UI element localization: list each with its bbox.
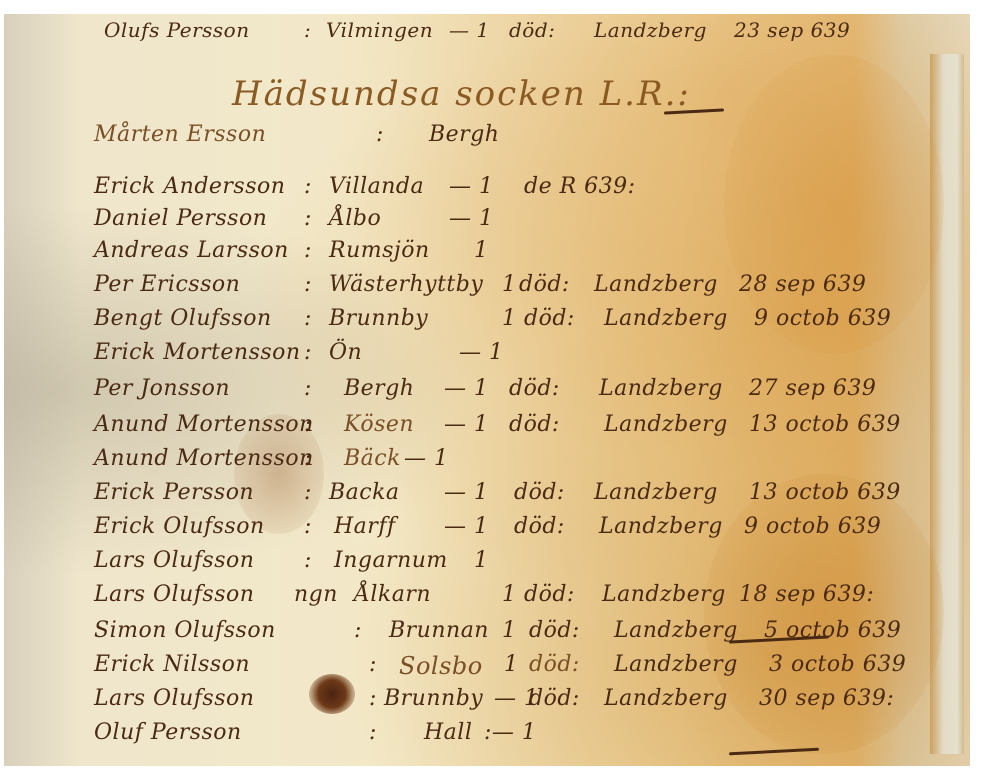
entry-burial: Landzberg	[604, 306, 728, 331]
entry-count: 1	[502, 582, 517, 607]
entry-separator: :	[304, 272, 312, 297]
entry-burial: Landzberg	[604, 686, 728, 711]
entry-status: död:	[529, 686, 580, 711]
entry-burial: Landzberg	[594, 480, 718, 505]
entry-row: Lars Olufsson : Brunnby — 1 död: Landzbe…	[4, 686, 970, 716]
entry-name: Bengt Olufsson	[94, 306, 272, 331]
entry-name: Erick Andersson	[94, 174, 285, 199]
entry-status: död:	[524, 306, 575, 331]
entry-name: Per Jonsson	[94, 376, 230, 401]
entry-separator: :	[376, 122, 384, 147]
entry-separator: :	[369, 686, 377, 711]
entry-status: död:	[524, 582, 575, 607]
entry-separator: ngn	[294, 582, 338, 607]
entry-status: död:	[514, 514, 565, 539]
entry-name: Lars Olufsson	[94, 582, 254, 607]
entry-name: Erick Mortensson	[94, 340, 301, 365]
entry-place: Vilmingen	[326, 18, 433, 42]
entry-count: :— 1	[484, 720, 536, 745]
entry-burial: Landzberg	[594, 272, 718, 297]
entry-row: Mårten Ersson : Bergh	[4, 122, 970, 152]
entry-status: död:	[519, 272, 570, 297]
entry-name: Anund Mortensson	[94, 446, 314, 471]
entry-row-top: Olufs Persson : Vilmingen — 1 död: Landz…	[4, 18, 970, 48]
entry-burial: Landzberg	[602, 582, 726, 607]
entry-place: Kösen	[344, 412, 414, 437]
manuscript-page: Olufs Persson : Vilmingen — 1 död: Landz…	[4, 14, 970, 766]
entry-row: Erick Andersson : Villanda — 1 de R 639:	[4, 174, 970, 204]
entry-name: Lars Olufsson	[94, 686, 254, 711]
entry-separator: :	[304, 174, 312, 199]
entry-status: död:	[514, 480, 565, 505]
entry-burial: Landzberg	[614, 618, 738, 643]
page-heading: Hädsundsa socken L.R.:	[232, 74, 691, 114]
entry-row: Erick Nilsson : Solsbo 1 död: Landzberg …	[4, 652, 970, 682]
entry-burial: Landzberg	[599, 514, 723, 539]
entry-date: 9 octob 639	[744, 514, 881, 539]
entry-separator: :	[304, 514, 312, 539]
entry-place: Bäck	[344, 446, 401, 471]
entry-place: Ön	[329, 340, 362, 365]
entry-count: — 1	[459, 340, 504, 365]
entry-burial: Landzberg	[614, 652, 738, 677]
entry-separator: :	[354, 618, 362, 643]
entry-status: död:	[529, 618, 580, 643]
entry-count: 1	[502, 306, 517, 331]
entry-count: — 1	[449, 174, 494, 199]
entry-count: 1	[504, 652, 519, 677]
entry-row: Per Ericsson : Wästerhyttby 1 död: Landz…	[4, 272, 970, 302]
entry-row: Simon Olufsson : Brunnan 1 död: Landzber…	[4, 618, 970, 648]
entry-count: 1	[474, 548, 489, 573]
entry-count: — 1	[444, 412, 489, 437]
entry-date: 3 octob 639	[769, 652, 906, 677]
entry-date: 30 sep 639:	[759, 686, 894, 711]
entry-burial: Landzberg	[599, 376, 723, 401]
entry-status: död:	[509, 18, 555, 42]
entry-name: Lars Olufsson	[94, 548, 254, 573]
entry-count: 1	[474, 238, 489, 263]
entry-name: Oluf Persson	[94, 720, 242, 745]
entry-date: 13 octob 639	[749, 480, 901, 505]
entry-status: död:	[509, 412, 560, 437]
entry-row: Per Jonsson : Bergh — 1 död: Landzberg 2…	[4, 376, 970, 406]
entry-date: 18 sep 639:	[739, 582, 874, 607]
entry-place: Bergh	[344, 376, 414, 401]
entry-row: Erick Persson : Backa — 1 död: Landzberg…	[4, 480, 970, 510]
entry-place: Ålbo	[329, 206, 381, 231]
entry-separator: :	[304, 480, 312, 505]
entry-row: Lars Olufsson : Ingarnum 1	[4, 548, 970, 578]
entry-name: Erick Nilsson	[94, 652, 250, 677]
entry-burial: Landzberg	[594, 18, 707, 42]
entry-place: Wästerhyttby	[329, 272, 483, 297]
entry-separator: :	[304, 340, 312, 365]
entry-place: Harff	[334, 514, 396, 539]
entry-place: Backa	[329, 480, 400, 505]
entry-place: Brunnan	[389, 618, 489, 643]
entry-status: död:	[509, 376, 560, 401]
entry-place: Bergh	[429, 122, 499, 147]
entry-burial: Landzberg	[604, 412, 728, 437]
entry-count: — 1	[444, 514, 489, 539]
entry-row: Oluf Persson : Hall :— 1	[4, 720, 970, 750]
entry-place: Brunnby	[329, 306, 428, 331]
entry-date: 23 sep 639	[734, 18, 850, 42]
entry-place: Hall	[424, 720, 472, 745]
entry-separator: :	[304, 446, 312, 471]
entry-place: Rumsjön	[329, 238, 430, 263]
entry-name: Anund Mortensson	[94, 412, 314, 437]
entry-name: Andreas Larsson	[94, 238, 289, 263]
entry-count: — 1	[449, 18, 490, 42]
entry-row: Andreas Larsson : Rumsjön 1	[4, 238, 970, 268]
entry-name: Erick Olufsson	[94, 514, 265, 539]
entry-count: — 1	[404, 446, 449, 471]
entry-place: Ingarnum	[334, 548, 448, 573]
entry-name: Daniel Persson	[94, 206, 267, 231]
entry-place: Brunnby	[384, 686, 483, 711]
entry-status: död:	[529, 652, 580, 677]
entry-row: Daniel Persson : Ålbo — 1	[4, 206, 970, 236]
entry-count: 1	[502, 618, 517, 643]
entry-date: de R 639:	[524, 174, 636, 199]
entry-row: Erick Mortensson : Ön — 1	[4, 340, 970, 370]
entry-row: Erick Olufsson : Harff — 1 död: Landzber…	[4, 514, 970, 544]
entry-date: 13 octob 639	[749, 412, 901, 437]
entry-count: — 1	[444, 480, 489, 505]
entry-place: Ålkarn	[354, 582, 431, 607]
entry-row: Lars Olufsson ngn Ålkarn 1 död: Landzber…	[4, 582, 970, 612]
entry-separator: :	[304, 412, 312, 437]
entry-separator: :	[369, 720, 377, 745]
entry-name: Erick Persson	[94, 480, 254, 505]
entry-separator: :	[304, 206, 312, 231]
entry-count: 1	[502, 272, 517, 297]
entry-place: Villanda	[329, 174, 424, 199]
entry-date: 28 sep 639	[739, 272, 866, 297]
entry-row: Bengt Olufsson : Brunnby 1 död: Landzber…	[4, 306, 970, 336]
entry-separator: :	[304, 548, 312, 573]
entry-row: Anund Mortensson : Kösen — 1 död: Landzb…	[4, 412, 970, 442]
entry-name: Mårten Ersson	[94, 122, 266, 147]
entry-count: — 1	[444, 376, 489, 401]
entry-name: Simon Olufsson	[94, 618, 276, 643]
entry-date: 27 sep 639	[749, 376, 876, 401]
entry-count: — 1	[449, 206, 494, 231]
entry-separator: :	[304, 18, 311, 42]
entry-separator: :	[304, 238, 312, 263]
entry-name: Olufs Persson	[104, 18, 250, 42]
entry-date: 9 octob 639	[754, 306, 891, 331]
entry-separator: :	[369, 652, 377, 677]
entry-name: Per Ericsson	[94, 272, 240, 297]
entry-separator: :	[304, 376, 312, 401]
entry-row: Anund Mortensson : Bäck — 1	[4, 446, 970, 476]
entry-separator: :	[304, 306, 312, 331]
entry-place: Solsbo	[399, 652, 483, 680]
